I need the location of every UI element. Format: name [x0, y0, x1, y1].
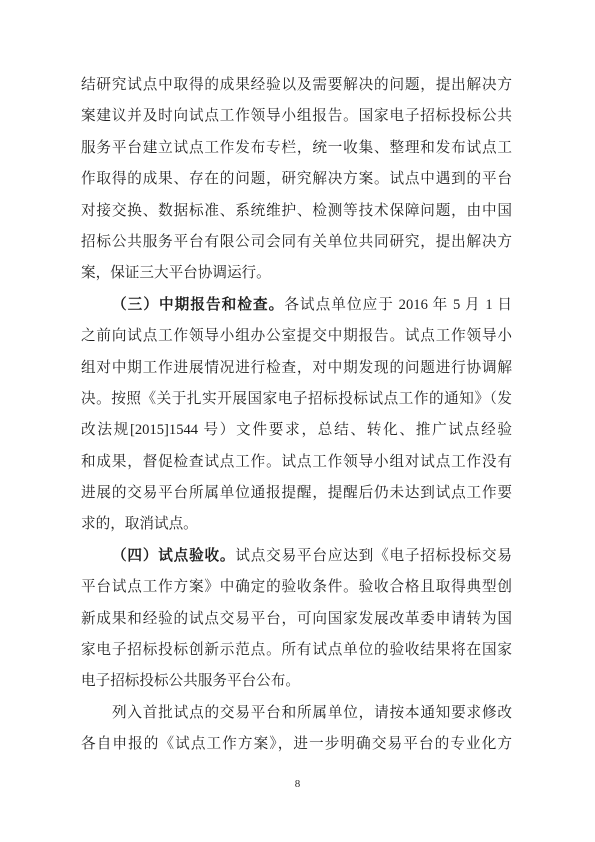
- text-line: 和成果，督促检查试点工作。试点工作领导小组对试点工作没有: [81, 447, 512, 478]
- text-segment: 招标公共服务平台有限公司会同有关单位共同研究，提出解决方: [81, 234, 512, 250]
- text-segment: 家电子招标投标创新示范点。所有试点单位的验收结果将在国家: [81, 642, 512, 658]
- text-segment: 各试点单位应于 2016 年 5 月 1 日: [284, 297, 512, 313]
- text-segment: 求的，取消试点。: [81, 516, 198, 532]
- text-line: 平台试点工作方案》中确定的验收条件。验收合格且取得典型创: [81, 572, 512, 603]
- text-segment: 列入首批试点的交易平台和所属单位，请按本通知要求修改: [112, 705, 512, 721]
- text-segment: 结研究试点中取得的成果经验以及需要解决的问题，提出解决方: [81, 77, 512, 93]
- text-line: 求的，取消试点。: [81, 509, 512, 540]
- document-body: 结研究试点中取得的成果经验以及需要解决的问题，提出解决方案建议并及时向试点工作领…: [81, 70, 512, 761]
- text-line: 列入首批试点的交易平台和所属单位，请按本通知要求修改: [81, 698, 512, 729]
- text-line: （三）中期报告和检查。各试点单位应于 2016 年 5 月 1 日: [81, 290, 512, 321]
- document-page: 结研究试点中取得的成果经验以及需要解决的问题，提出解决方案建议并及时向试点工作领…: [0, 0, 595, 842]
- section-heading: （四）试点验收。: [112, 548, 235, 564]
- page-number: 8: [0, 776, 595, 792]
- text-line: 之前向试点工作领导小组办公室提交中期报告。试点工作领导小: [81, 321, 512, 352]
- text-line: 案建议并及时向试点工作领导小组报告。国家电子招标投标公共: [81, 101, 512, 132]
- text-segment: 服务平台建立试点工作发布专栏，统一收集、整理和发布试点工: [81, 140, 512, 156]
- text-line: 招标公共服务平台有限公司会同有关单位共同研究，提出解决方: [81, 227, 512, 258]
- text-segment: 案建议并及时向试点工作领导小组报告。国家电子招标投标公共: [81, 108, 512, 124]
- text-line: 作取得的成果、存在的问题，研究解决方案。试点中遇到的平台: [81, 164, 512, 195]
- text-segment: 和成果，督促检查试点工作。试点工作领导小组对试点工作没有: [81, 454, 512, 470]
- text-line: 服务平台建立试点工作发布专栏，统一收集、整理和发布试点工: [81, 133, 512, 164]
- text-segment: 案，保证三大平台协调运行。: [81, 265, 271, 281]
- text-line: 电子招标投标公共服务平台公布。: [81, 666, 512, 697]
- text-line: 案，保证三大平台协调运行。: [81, 258, 512, 289]
- text-segment: 新成果和经验的试点交易平台，可向国家发展改革委申请转为国: [81, 611, 512, 627]
- text-segment: 作取得的成果、存在的问题，研究解决方案。试点中遇到的平台: [81, 171, 512, 187]
- text-segment: 改法规[2015]1544 号）文件要求，总结、转化、推广试点经验: [81, 422, 512, 438]
- text-line: 组对中期工作进展情况进行检查，对中期发现的问题进行协调解: [81, 353, 512, 384]
- text-segment: 之前向试点工作领导小组办公室提交中期报告。试点工作领导小: [81, 328, 512, 344]
- text-line: 结研究试点中取得的成果经验以及需要解决的问题，提出解决方: [81, 70, 512, 101]
- text-line: 新成果和经验的试点交易平台，可向国家发展改革委申请转为国: [81, 604, 512, 635]
- text-line: 家电子招标投标创新示范点。所有试点单位的验收结果将在国家: [81, 635, 512, 666]
- text-line: 对接交换、数据标准、系统维护、检测等技术保障问题，由中国: [81, 196, 512, 227]
- text-line: 各自申报的《试点工作方案》，进一步明确交易平台的专业化方: [81, 729, 512, 760]
- text-segment: 进展的交易平台所属单位通报提醒，提醒后仍未达到试点工作要: [81, 485, 512, 501]
- text-segment: 电子招标投标公共服务平台公布。: [81, 673, 300, 689]
- text-segment: 组对中期工作进展情况进行检查，对中期发现的问题进行协调解: [81, 360, 512, 376]
- text-segment: 对接交换、数据标准、系统维护、检测等技术保障问题，由中国: [81, 203, 512, 219]
- text-line: （四）试点验收。试点交易平台应达到《电子招标投标交易: [81, 541, 512, 572]
- text-line: 决。按照《关于扎实开展国家电子招标投标试点工作的通知》（发: [81, 384, 512, 415]
- text-line: 进展的交易平台所属单位通报提醒，提醒后仍未达到试点工作要: [81, 478, 512, 509]
- text-segment: 试点交易平台应达到《电子招标投标交易: [235, 548, 512, 564]
- section-heading: （三）中期报告和检查。: [112, 297, 284, 313]
- text-segment: 各自申报的《试点工作方案》，进一步明确交易平台的专业化方: [81, 736, 512, 752]
- text-segment: 平台试点工作方案》中确定的验收条件。验收合格且取得典型创: [81, 579, 512, 595]
- text-line: 改法规[2015]1544 号）文件要求，总结、转化、推广试点经验: [81, 415, 512, 446]
- text-segment: 决。按照《关于扎实开展国家电子招标投标试点工作的通知》（发: [81, 391, 512, 407]
